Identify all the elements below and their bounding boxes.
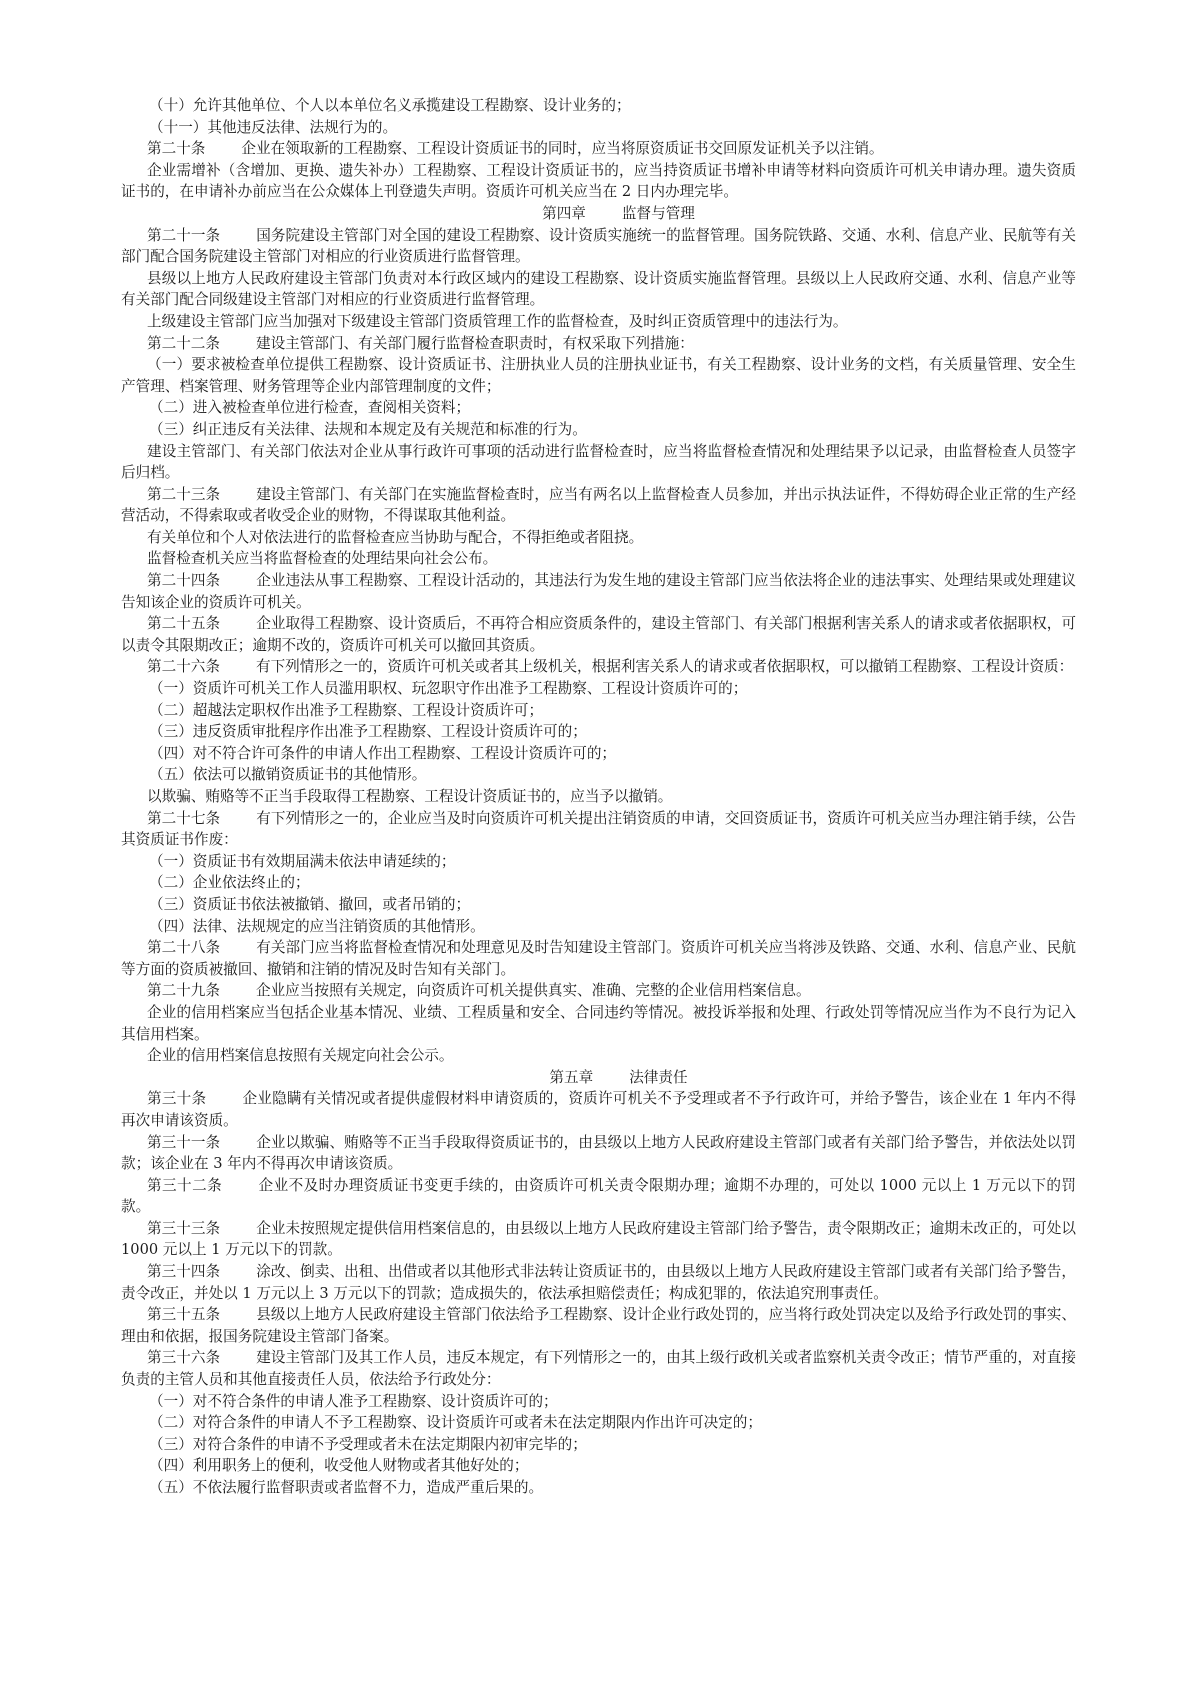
article-paragraph: 第二十一条国务院建设主管部门对全国的建设工程勘察、设计资质实施统一的监督管理。国… <box>121 225 1076 268</box>
article-text: 建设主管部门、有关部门履行监督检查职责时，有权采取下列措施： <box>256 335 694 352</box>
document-page: （十）允许其他单位、个人以本单位名义承揽建设工程勘察、设计业务的；（十一）其他违… <box>0 0 1200 1697</box>
article-number: 第二十三条 <box>147 486 220 503</box>
article-paragraph: 第二十九条企业应当按照有关规定，向资质许可机关提供真实、准确、完整的企业信用档案… <box>121 980 1076 1002</box>
article-text: 建设主管部门、有关部门在实施监督检查时，应当有两名以上监督检查人员参加，并出示执… <box>121 486 1076 525</box>
article-text: 企业取得工程勘察、设计资质后，不再符合相应资质条件的，建设主管部门、有关部门根据… <box>121 615 1076 654</box>
article-paragraph: 第三十四条涂改、倒卖、出租、出借或者以其他形式非法转让资质证书的，由县级以上地方… <box>121 1261 1076 1304</box>
article-paragraph: 第三十五条县级以上地方人民政府建设主管部门依法给予工程勘察、设计企业行政处罚的，… <box>121 1304 1076 1347</box>
article-text: 企业以欺骗、贿赂等不正当手段取得资质证书的，由县级以上地方人民政府建设主管部门或… <box>121 1134 1076 1173</box>
article-paragraph: 第二十五条企业取得工程勘察、设计资质后，不再符合相应资质条件的，建设主管部门、有… <box>121 613 1076 656</box>
article-text: 涂改、倒卖、出租、出借或者以其他形式非法转让资质证书的，由县级以上地方人民政府建… <box>121 1263 1076 1302</box>
article-number: 第二十七条 <box>147 810 220 827</box>
article-number: 第三十三条 <box>147 1220 220 1237</box>
list-item: （二）超越法定职权作出准予工程勘察、工程设计资质许可； <box>121 700 1076 722</box>
body-paragraph: 上级建设主管部门应当加强对下级建设主管部门资质管理工作的监督检查，及时纠正资质管… <box>121 311 1076 333</box>
article-text: 有关部门应当将监督检查情况和处理意见及时告知建设主管部门。资质许可机关应当将涉及… <box>121 939 1076 978</box>
article-number: 第三十二条 <box>147 1177 222 1194</box>
body-paragraph: 监督检查机关应当将监督检查的处理结果向社会公布。 <box>121 548 1076 570</box>
article-paragraph: 第三十条企业隐瞒有关情况或者提供虚假材料申请资质的，资质许可机关不予受理或者不予… <box>121 1088 1076 1131</box>
article-number: 第二十九条 <box>147 982 220 999</box>
article-number: 第二十六条 <box>147 658 220 675</box>
body-paragraph: 企业的信用档案应当包括企业基本情况、业绩、工程质量和安全、合同违约等情况。被投诉… <box>121 1002 1076 1045</box>
list-item: （四）法律、法规规定的应当注销资质的其他情形。 <box>121 916 1076 938</box>
article-paragraph: 第三十三条企业未按照规定提供信用档案信息的，由县级以上地方人民政府建设主管部门给… <box>121 1218 1076 1261</box>
article-paragraph: 第二十条企业在领取新的工程勘察、工程设计资质证书的同时，应当将原资质证书交回原发… <box>121 138 1076 160</box>
article-text: 企业未按照规定提供信用档案信息的，由县级以上地方人民政府建设主管部门给予警告，责… <box>121 1220 1076 1259</box>
article-number: 第二十一条 <box>147 227 220 244</box>
article-text: 企业隐瞒有关情况或者提供虚假材料申请资质的，资质许可机关不予受理或者不予行政许可… <box>121 1090 1076 1129</box>
article-text: 国务院建设主管部门对全国的建设工程勘察、设计资质实施统一的监督管理。国务院铁路、… <box>121 227 1076 266</box>
list-item: （二）企业依法终止的； <box>121 872 1076 894</box>
list-item: （三）资质证书依法被撤销、撤回，或者吊销的； <box>121 894 1076 916</box>
article-number: 第三十五条 <box>147 1306 220 1323</box>
chapter-label: 第四章 <box>542 205 586 222</box>
list-item: （二）进入被检查单位进行检查，查阅相关资料； <box>121 397 1076 419</box>
document-body: （十）允许其他单位、个人以本单位名义承揽建设工程勘察、设计业务的；（十一）其他违… <box>121 95 1076 1499</box>
article-text: 企业不及时办理资质证书变更手续的，由资质许可机关责令限期办理；逾期不办理的，可处… <box>121 1177 1076 1216</box>
body-paragraph: 企业的信用档案信息按照有关规定向社会公示。 <box>121 1045 1076 1067</box>
article-paragraph: 第二十四条企业违法从事工程勘察、工程设计活动的，其违法行为发生地的建设主管部门应… <box>121 570 1076 613</box>
article-paragraph: 第二十二条建设主管部门、有关部门履行监督检查职责时，有权采取下列措施： <box>121 333 1076 355</box>
body-paragraph: 县级以上地方人民政府建设主管部门负责对本行政区域内的建设工程勘察、设计资质实施监… <box>121 268 1076 311</box>
article-number: 第三十一条 <box>147 1134 220 1151</box>
article-text: 企业应当按照有关规定，向资质许可机关提供真实、准确、完整的企业信用档案信息。 <box>256 982 811 999</box>
article-number: 第二十四条 <box>147 572 220 589</box>
list-item: （四）利用职务上的便利，收受他人财物或者其他好处的； <box>121 1455 1076 1477</box>
article-number: 第三十六条 <box>147 1349 220 1366</box>
article-text: 建设主管部门及其工作人员，违反本规定，有下列情形之一的，由其上级行政机关或者监察… <box>121 1349 1076 1388</box>
list-item: （五）依法可以撤销资质证书的其他情形。 <box>121 764 1076 786</box>
body-paragraph: 以欺骗、贿赂等不正当手段取得工程勘察、工程设计资质证书的，应当予以撤销。 <box>121 786 1076 808</box>
article-number: 第二十八条 <box>147 939 220 956</box>
article-paragraph: 第二十八条有关部门应当将监督检查情况和处理意见及时告知建设主管部门。资质许可机关… <box>121 937 1076 980</box>
article-paragraph: 第三十一条企业以欺骗、贿赂等不正当手段取得资质证书的，由县级以上地方人民政府建设… <box>121 1132 1076 1175</box>
list-item: （十）允许其他单位、个人以本单位名义承揽建设工程勘察、设计业务的； <box>121 95 1076 117</box>
article-paragraph: 第二十三条建设主管部门、有关部门在实施监督检查时，应当有两名以上监督检查人员参加… <box>121 484 1076 527</box>
article-number: 第二十条 <box>147 140 205 157</box>
list-item: （四）对不符合许可条件的申请人作出工程勘察、工程设计资质许可的； <box>121 743 1076 765</box>
list-item: （五）不依法履行监督职责或者监督不力，造成严重后果的。 <box>121 1477 1076 1499</box>
body-paragraph: 企业需增补（含增加、更换、遗失补办）工程勘察、工程设计资质证书的，应当持资质证书… <box>121 160 1076 203</box>
chapter-heading: 第四章监督与管理 <box>121 203 1076 225</box>
list-item: （一）资质证书有效期届满未依法申请延续的； <box>121 851 1076 873</box>
article-text: 企业违法从事工程勘察、工程设计活动的，其违法行为发生地的建设主管部门应当依法将企… <box>121 572 1076 611</box>
article-text: 有下列情形之一的，资质许可机关或者其上级机关，根据利害关系人的请求或者依据职权，… <box>256 658 1073 675</box>
list-item: （一）要求被检查单位提供工程勘察、设计资质证书、注册执业人员的注册执业证书，有关… <box>121 354 1076 397</box>
chapter-title: 法律责任 <box>629 1069 687 1086</box>
article-paragraph: 第三十六条建设主管部门及其工作人员，违反本规定，有下列情形之一的，由其上级行政机… <box>121 1347 1076 1390</box>
article-paragraph: 第二十六条有下列情形之一的，资质许可机关或者其上级机关，根据利害关系人的请求或者… <box>121 656 1076 678</box>
article-number: 第三十条 <box>147 1090 206 1107</box>
list-item: （三）违反资质审批程序作出准予工程勘察、工程设计资质许可的； <box>121 721 1076 743</box>
article-paragraph: 第二十七条有下列情形之一的，企业应当及时向资质许可机关提出注销资质的申请，交回资… <box>121 808 1076 851</box>
chapter-label: 第五章 <box>549 1069 593 1086</box>
article-number: 第三十四条 <box>147 1263 220 1280</box>
list-item: （二）对符合条件的申请人不予工程勘察、设计资质许可或者未在法定期限内作出许可决定… <box>121 1412 1076 1434</box>
article-text: 县级以上地方人民政府建设主管部门依法给予工程勘察、设计企业行政处罚的，应当将行政… <box>121 1306 1076 1345</box>
list-item: （三）对符合条件的申请不予受理或者未在法定期限内初审完毕的； <box>121 1434 1076 1456</box>
list-item: （一）对不符合条件的申请人准予工程勘察、设计资质许可的； <box>121 1391 1076 1413</box>
list-item: （三）纠正违反有关法律、法规和本规定及有关规范和标准的行为。 <box>121 419 1076 441</box>
body-paragraph: 建设主管部门、有关部门依法对企业从事行政许可事项的活动进行监督检查时，应当将监督… <box>121 441 1076 484</box>
article-text: 有下列情形之一的，企业应当及时向资质许可机关提出注销资质的申请，交回资质证书，资… <box>121 810 1076 849</box>
chapter-heading: 第五章法律责任 <box>121 1067 1076 1089</box>
article-number: 第二十二条 <box>147 335 220 352</box>
article-number: 第二十五条 <box>147 615 220 632</box>
chapter-title: 监督与管理 <box>622 205 695 222</box>
article-text: 企业在领取新的工程勘察、工程设计资质证书的同时，应当将原资质证书交回原发证机关予… <box>241 140 883 157</box>
list-item: （十一）其他违反法律、法规行为的。 <box>121 117 1076 139</box>
article-paragraph: 第三十二条企业不及时办理资质证书变更手续的，由资质许可机关责令限期办理；逾期不办… <box>121 1175 1076 1218</box>
list-item: （一）资质许可机关工作人员滥用职权、玩忽职守作出准予工程勘察、工程设计资质许可的… <box>121 678 1076 700</box>
body-paragraph: 有关单位和个人对依法进行的监督检查应当协助与配合，不得拒绝或者阻挠。 <box>121 527 1076 549</box>
